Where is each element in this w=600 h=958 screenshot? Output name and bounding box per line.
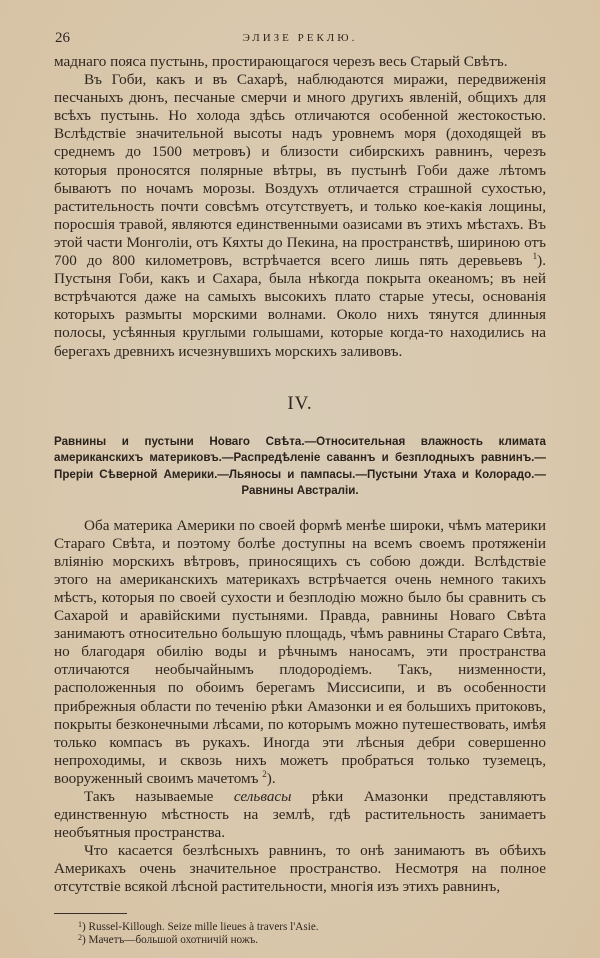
paragraph-americas-text: Оба материка Америки по своей формѣ менѣ… bbox=[54, 517, 546, 787]
page-body: маднаго пояса пустынь, простирающагося ч… bbox=[54, 53, 546, 947]
paragraph-americas: Оба материка Америки по своей формѣ менѣ… bbox=[54, 517, 546, 788]
paragraph-selvas: Такъ называемые сельвасы рѣки Амазонки п… bbox=[54, 788, 546, 842]
footnote-text-2: ) Мачетъ—большой охотничій ножъ. bbox=[82, 934, 258, 946]
paragraph-continuation: маднаго пояса пустынь, простирающагося ч… bbox=[54, 53, 546, 71]
paragraph-treeless-plains: Что касается безлѣсныхъ равнинъ, то онѣ … bbox=[54, 842, 546, 896]
paragraph-gobi-text: Въ Гоби, какъ и въ Сахарѣ, наблюдаются м… bbox=[54, 71, 546, 269]
running-head: 26 ЭЛИЗЕ РЕКЛЮ. bbox=[54, 30, 546, 50]
paragraph-americas-end: ). bbox=[267, 770, 276, 787]
chapter-number: IV. bbox=[54, 393, 546, 415]
footnotes: 1) Russel-Killough. Seize mille lieues à… bbox=[54, 921, 546, 947]
term-selvas: сельвасы bbox=[234, 788, 292, 805]
footnote-1: 1) Russel-Killough. Seize mille lieues à… bbox=[78, 921, 546, 934]
footnote-divider bbox=[54, 913, 127, 914]
footnote-text-1: ) Russel-Killough. Seize mille lieues à … bbox=[82, 921, 319, 933]
paragraph-selvas-pre: Такъ называемые bbox=[84, 788, 234, 805]
chapter-summary: Равнины и пустыни Новаго Свѣта.—Относите… bbox=[54, 434, 546, 500]
running-title: ЭЛИЗЕ РЕКЛЮ. bbox=[54, 32, 546, 44]
paragraph-gobi: Въ Гоби, какъ и въ Сахарѣ, наблюдаются м… bbox=[54, 71, 546, 361]
footnote-2: 2) Мачетъ—большой охотничій ножъ. bbox=[78, 934, 546, 947]
